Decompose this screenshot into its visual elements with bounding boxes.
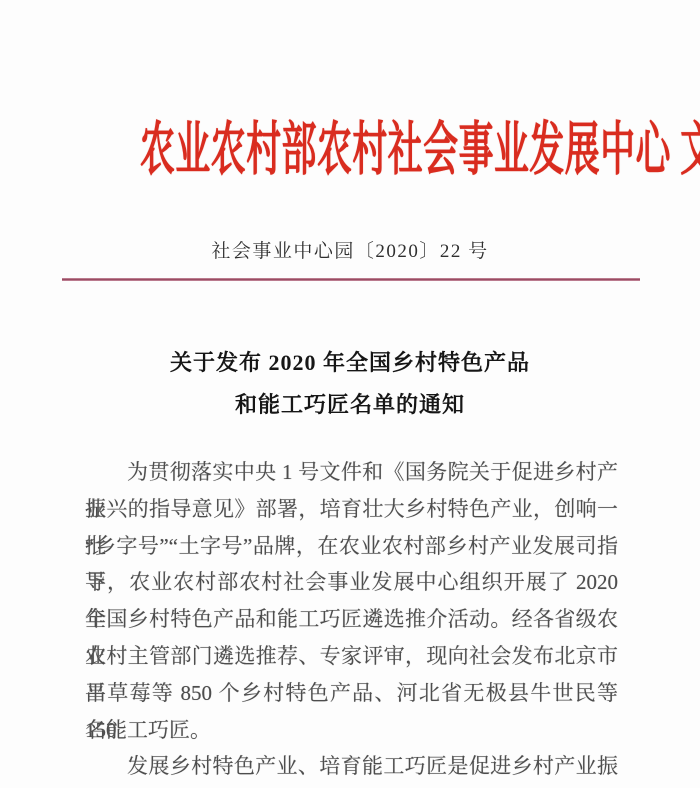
document-title: 关于发布 2020 年全国乡村特色产品 和能工巧匠名单的通知 [0,342,700,426]
document-title-line1: 关于发布 2020 年全国乡村特色产品 [0,342,700,384]
document-reference-number: 社会事业中心园〔2020〕22 号 [0,236,700,263]
document-body: 为贯彻落实中央 1 号文件和《国务院关于促进乡村产业 振兴的指导意见》部署，培育… [85,454,618,785]
body-line-4: 下，农业农村部农村社会事业发展中心组织开展了 2020 年 [85,564,618,601]
document-page: 农业农村部农村社会事业发展中心 文件 社会事业中心园〔2020〕22 号 关于发… [0,0,700,788]
body-line-8: 名能工巧匠。 [85,712,618,749]
red-divider-line [62,278,640,281]
body-line-9: 发展乡村特色产业、培育能工巧匠是促进乡村产业振兴 [85,748,618,785]
body-line-3: “乡字号”“土字号”品牌，在农业农村部乡村产业发展司指导 [85,528,618,565]
letterhead-title: 农业农村部农村社会事业发展中心 文件 [140,102,560,186]
body-line-2: 振兴的指导意见》部署，培育壮大乡村特色产业，创响一批 [85,491,618,528]
body-line-7: 平草莓等 850 个乡村特色产品、河北省无极县牛世民等 150 [85,675,618,712]
body-line-5: 全国乡村特色产品和能工巧匠遴选推介活动。经各省级农业 [85,601,618,638]
body-line-1: 为贯彻落实中央 1 号文件和《国务院关于促进乡村产业 [85,454,618,491]
body-line-6: 农村主管部门遴选推荐、专家评审，现向社会发布北京市昌 [85,638,618,675]
document-title-line2: 和能工巧匠名单的通知 [0,384,700,426]
